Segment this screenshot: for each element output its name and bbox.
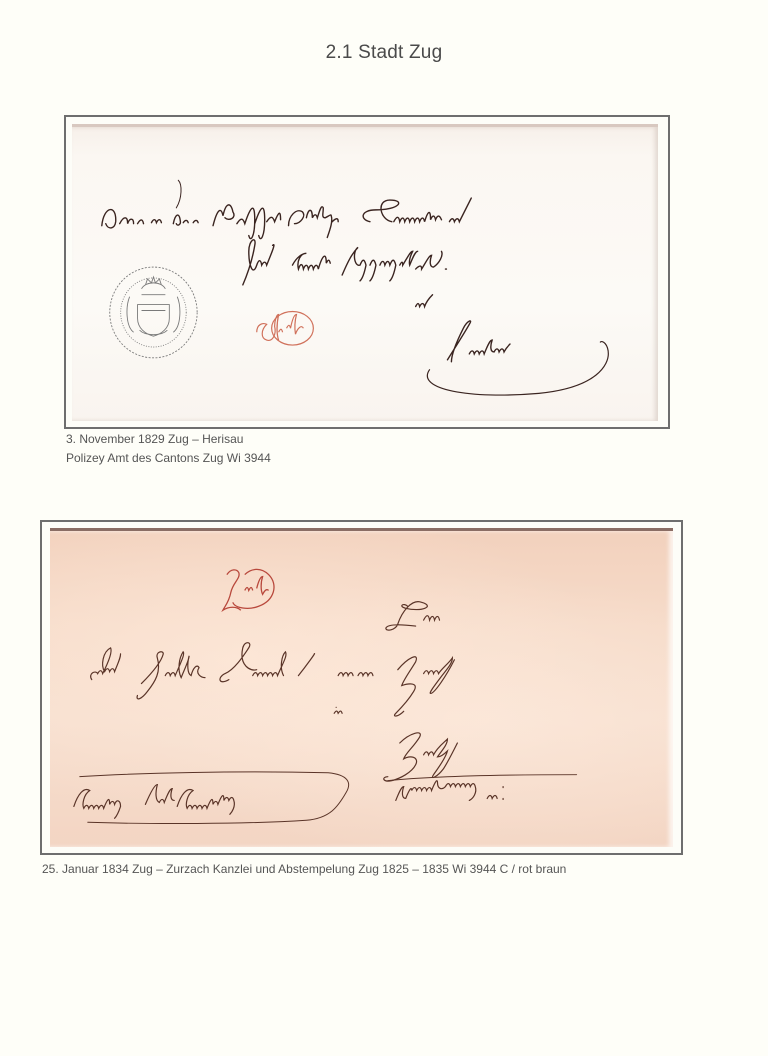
letter-cover-1834 — [50, 528, 673, 847]
cover-frame-1829 — [64, 115, 670, 429]
official-seal — [110, 267, 197, 358]
zug-postmark — [223, 569, 274, 610]
caption-line-description: 25. Januar 1834 Zug – Zurzach Kanzlei un… — [42, 860, 566, 879]
handwritten-address — [50, 531, 673, 847]
cover-frame-1834 — [40, 520, 683, 855]
caption-1829: 3. November 1829 Zug – Herisau Polizey A… — [66, 430, 271, 468]
page-title: 2.1 Stadt Zug — [0, 42, 768, 64]
caption-1834: 25. Januar 1834 Zug – Zurzach Kanzlei un… — [42, 860, 566, 879]
zug-postmark — [257, 311, 314, 345]
caption-line-description: Polizey Amt des Cantons Zug Wi 3944 — [66, 449, 271, 468]
caption-line-date-route: 3. November 1829 Zug – Herisau — [66, 430, 271, 449]
letter-cover-1829 — [72, 124, 658, 421]
handwritten-address — [72, 127, 658, 421]
